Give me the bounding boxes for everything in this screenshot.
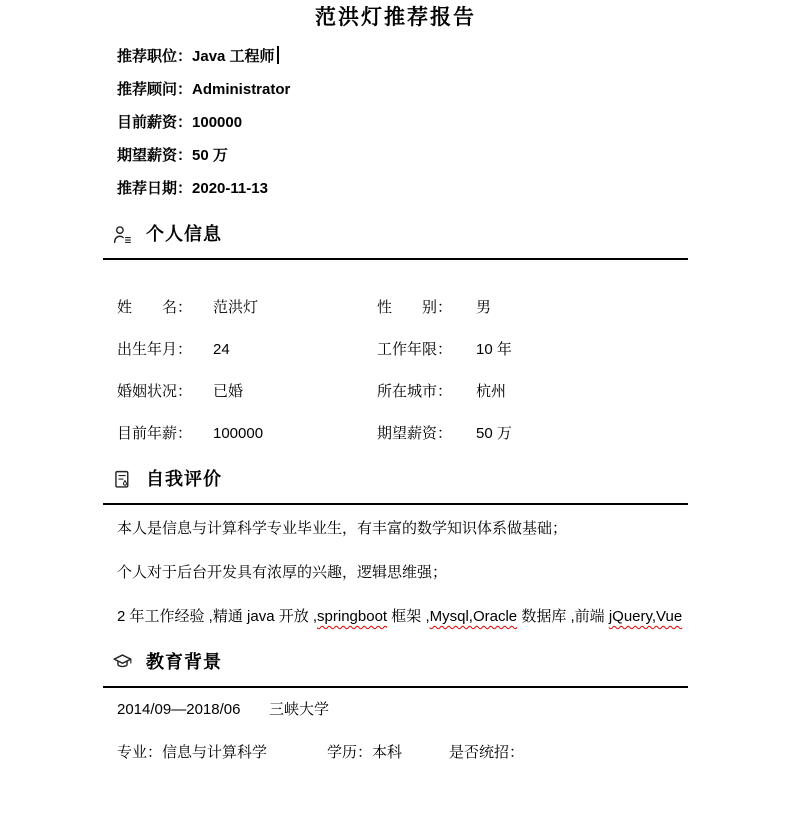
field-label: 期望薪资： bbox=[117, 147, 192, 164]
document-page[interactable]: 范洪灯推荐报告 推荐职位：Java 工程师 推荐顾问：Administrator… bbox=[0, 0, 791, 831]
education-row-period: 2014/09—2018/06 三峡大学 bbox=[117, 700, 688, 720]
cell-label: 期望薪资： bbox=[377, 424, 476, 444]
table-row: 姓 名：范洪灯性 别：男 bbox=[117, 298, 688, 318]
graduation-cap-icon bbox=[112, 652, 133, 673]
self-evaluation-paragraph-3: 2 年工作经验 ,精通 java 开放 ,springboot 框架 ,Mysq… bbox=[117, 607, 688, 627]
cell-value: 范洪灯 bbox=[213, 298, 377, 318]
summary-line-consultant: 推荐顾问：Administrator bbox=[117, 79, 688, 100]
table-row: 出生年月：24工作年限：10 年 bbox=[117, 340, 688, 360]
education-major: 专业：信息与计算科学 bbox=[117, 743, 327, 763]
field-value: 100000 bbox=[192, 114, 242, 131]
table-row: 婚姻状况：已婚所在城市：杭州 bbox=[117, 382, 688, 402]
text-segment: 2 年工作经验 ,精通 java 开放 , bbox=[117, 608, 317, 625]
summary-line-position: 推荐职位：Java 工程师 bbox=[117, 46, 688, 67]
field-value: Java 工程师 bbox=[192, 48, 275, 65]
self-evaluation-paragraph-2: 个人对于后台开发具有浓厚的兴趣，逻辑思维强； bbox=[117, 563, 688, 583]
summary-block: 推荐职位：Java 工程师 推荐顾问：Administrator 目前薪资：10… bbox=[117, 46, 688, 199]
cell-label: 出生年月： bbox=[117, 340, 213, 360]
table-row: 目前年薪：100000期望薪资：50 万 bbox=[117, 424, 688, 444]
text-segment: 数据库 ,前端 bbox=[517, 608, 609, 625]
education-school: 三峡大学 bbox=[269, 700, 329, 720]
document-edit-icon bbox=[112, 469, 133, 490]
summary-line-current-salary: 目前薪资：100000 bbox=[117, 112, 688, 133]
cell-value: 50 万 bbox=[476, 424, 688, 444]
summary-line-expected-salary: 期望薪资：50 万 bbox=[117, 145, 688, 166]
person-list-icon bbox=[112, 224, 133, 245]
field-value: 2020-11-13 bbox=[192, 180, 268, 197]
document-content: 范洪灯推荐报告 推荐职位：Java 工程师 推荐顾问：Administrator… bbox=[103, 0, 688, 763]
misspelled-word: jQuery,Vue bbox=[609, 608, 682, 625]
misspelled-word: springboot bbox=[317, 608, 387, 625]
section-header-personal: 个人信息 bbox=[103, 221, 688, 260]
cell-label: 目前年薪： bbox=[117, 424, 213, 444]
doc-title: 范洪灯推荐报告 bbox=[103, 0, 688, 32]
section-title-education: 教育背景 bbox=[146, 649, 222, 675]
personal-info-table: 姓 名：范洪灯性 别：男 出生年月：24工作年限：10 年 婚姻状况：已婚所在城… bbox=[117, 268, 688, 444]
text-cursor bbox=[277, 46, 279, 64]
education-period: 2014/09—2018/06 bbox=[117, 700, 269, 720]
cell-value: 100000 bbox=[213, 424, 377, 444]
cell-label: 工作年限： bbox=[377, 340, 476, 360]
education-unified-admission: 是否统招： bbox=[449, 743, 688, 763]
field-label: 推荐日期： bbox=[117, 180, 192, 197]
cell-value: 24 bbox=[213, 340, 377, 360]
cell-value: 已婚 bbox=[213, 382, 377, 402]
cell-label: 姓 名： bbox=[117, 298, 213, 318]
education-degree: 学历：本科 bbox=[327, 743, 449, 763]
field-label: 推荐职位： bbox=[117, 48, 192, 65]
field-label: 目前薪资： bbox=[117, 114, 192, 131]
self-evaluation-text: 本人是信息与计算科学专业毕业生，有丰富的数学知识体系做基础； 个人对于后台开发具… bbox=[117, 505, 688, 627]
misspelled-word: Mysql,Oracle bbox=[430, 608, 518, 625]
cell-label: 所在城市： bbox=[377, 382, 476, 402]
summary-line-date: 推荐日期：2020-11-13 bbox=[117, 178, 688, 199]
section-header-self-evaluation: 自我评价 bbox=[103, 466, 688, 505]
section-title-personal: 个人信息 bbox=[146, 221, 222, 247]
cell-value: 杭州 bbox=[476, 382, 688, 402]
cell-value: 10 年 bbox=[476, 340, 688, 360]
education-block: 2014/09—2018/06 三峡大学 专业：信息与计算科学 学历：本科 是否… bbox=[117, 700, 688, 763]
cell-label: 婚姻状况： bbox=[117, 382, 213, 402]
section-header-education: 教育背景 bbox=[103, 649, 688, 688]
education-row-details: 专业：信息与计算科学 学历：本科 是否统招： bbox=[117, 743, 688, 763]
field-value: Administrator bbox=[192, 81, 290, 98]
text-segment: 框架 , bbox=[387, 608, 430, 625]
field-value: 50 万 bbox=[192, 147, 228, 164]
cell-value: 男 bbox=[476, 298, 688, 318]
cell-label: 性 别： bbox=[377, 298, 476, 318]
section-title-self-evaluation: 自我评价 bbox=[146, 466, 222, 492]
self-evaluation-paragraph-1: 本人是信息与计算科学专业毕业生，有丰富的数学知识体系做基础； bbox=[117, 519, 688, 539]
field-label: 推荐顾问： bbox=[117, 81, 192, 98]
